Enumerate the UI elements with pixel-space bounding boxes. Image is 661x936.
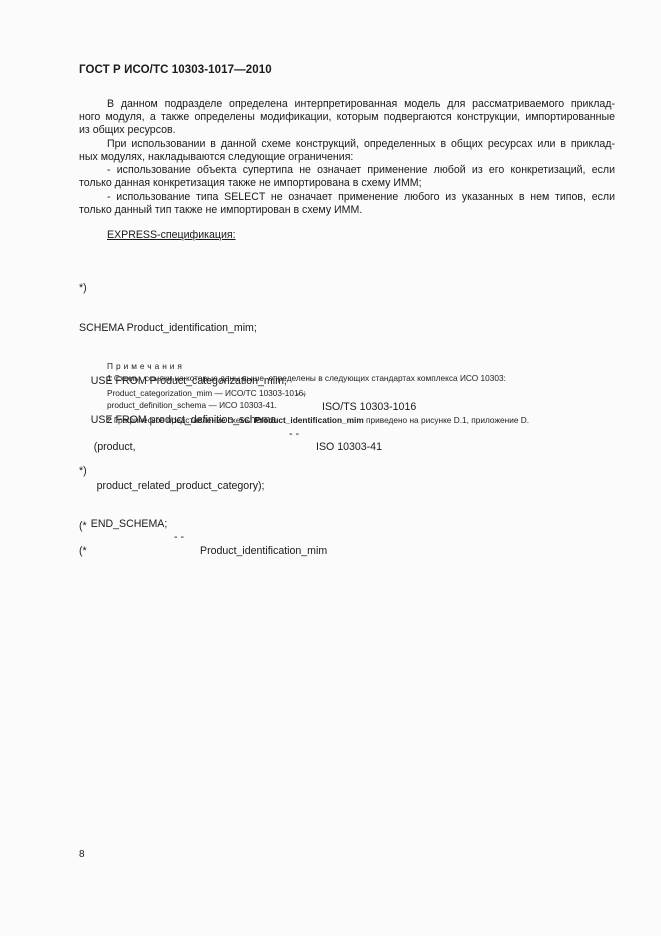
note-1: 1 Схемы, ссылки на которые даны выше, оп… — [107, 372, 627, 384]
page-header: ГОСТ Р ИСО/ТС 10303-1017—2010 — [79, 64, 272, 76]
note-1-item: Product_categorization_mim — ИСО/ТС 1030… — [107, 387, 627, 399]
comment-dash: - - — [289, 428, 299, 441]
text-line: только данная конкретизация также не имп… — [79, 177, 615, 190]
restriction-item-select: - использование типа SELECT не означает … — [79, 191, 615, 217]
code-line: END_SCHEMA; - - Product_identification_m… — [79, 505, 167, 518]
text-line: В данном подразделе определена интерпрет… — [79, 98, 615, 111]
text-line: ных модулях, накладываются следующие огр… — [79, 151, 615, 164]
comment-dash: - - — [174, 531, 184, 544]
code-comment: Product_identification_mim — [200, 545, 327, 558]
code-comment: ISO 10303-41 — [316, 441, 382, 454]
code-line: *) — [79, 282, 287, 295]
code-line: SCHEMA Product_identification_mim; — [79, 322, 287, 335]
express-spec-label: EXPRESS-спецификация: — [107, 229, 236, 241]
notes-block: Примечания 1 Схемы, ссылки на которые да… — [107, 360, 627, 426]
text-line: - использование типа SELECT не означает … — [79, 191, 615, 204]
note-2: 2 Графическое представление схемы Produc… — [107, 414, 627, 426]
paragraph-interpreted-model: В данном подразделе определена интерпрет… — [79, 98, 615, 138]
text-line: ного модуля, а также определены модифика… — [79, 111, 615, 124]
page-number: 8 — [79, 849, 85, 860]
code-line: *) — [79, 465, 167, 478]
text-line: только данный тип также не импортирован … — [79, 204, 615, 217]
express-code-block-end: *) END_SCHEMA; - - Product_identificatio… — [79, 439, 167, 571]
text-line: При использовании в данной схеме констру… — [79, 138, 615, 151]
text-line: - использование объекта супертипа не озн… — [79, 164, 615, 177]
text-line: из общих ресурсов. — [79, 124, 615, 137]
schema-name-bold: Product_identification_mim — [254, 415, 363, 425]
code-line: (* — [79, 545, 167, 558]
restriction-item-supertype: - использование объекта супертипа не озн… — [79, 164, 615, 190]
note-1-item: product_definition_schema — ИСО 10303-41… — [107, 399, 627, 411]
notes-title: Примечания — [107, 360, 627, 372]
paragraph-restrictions-intro: При использовании в данной схеме констру… — [79, 138, 615, 164]
